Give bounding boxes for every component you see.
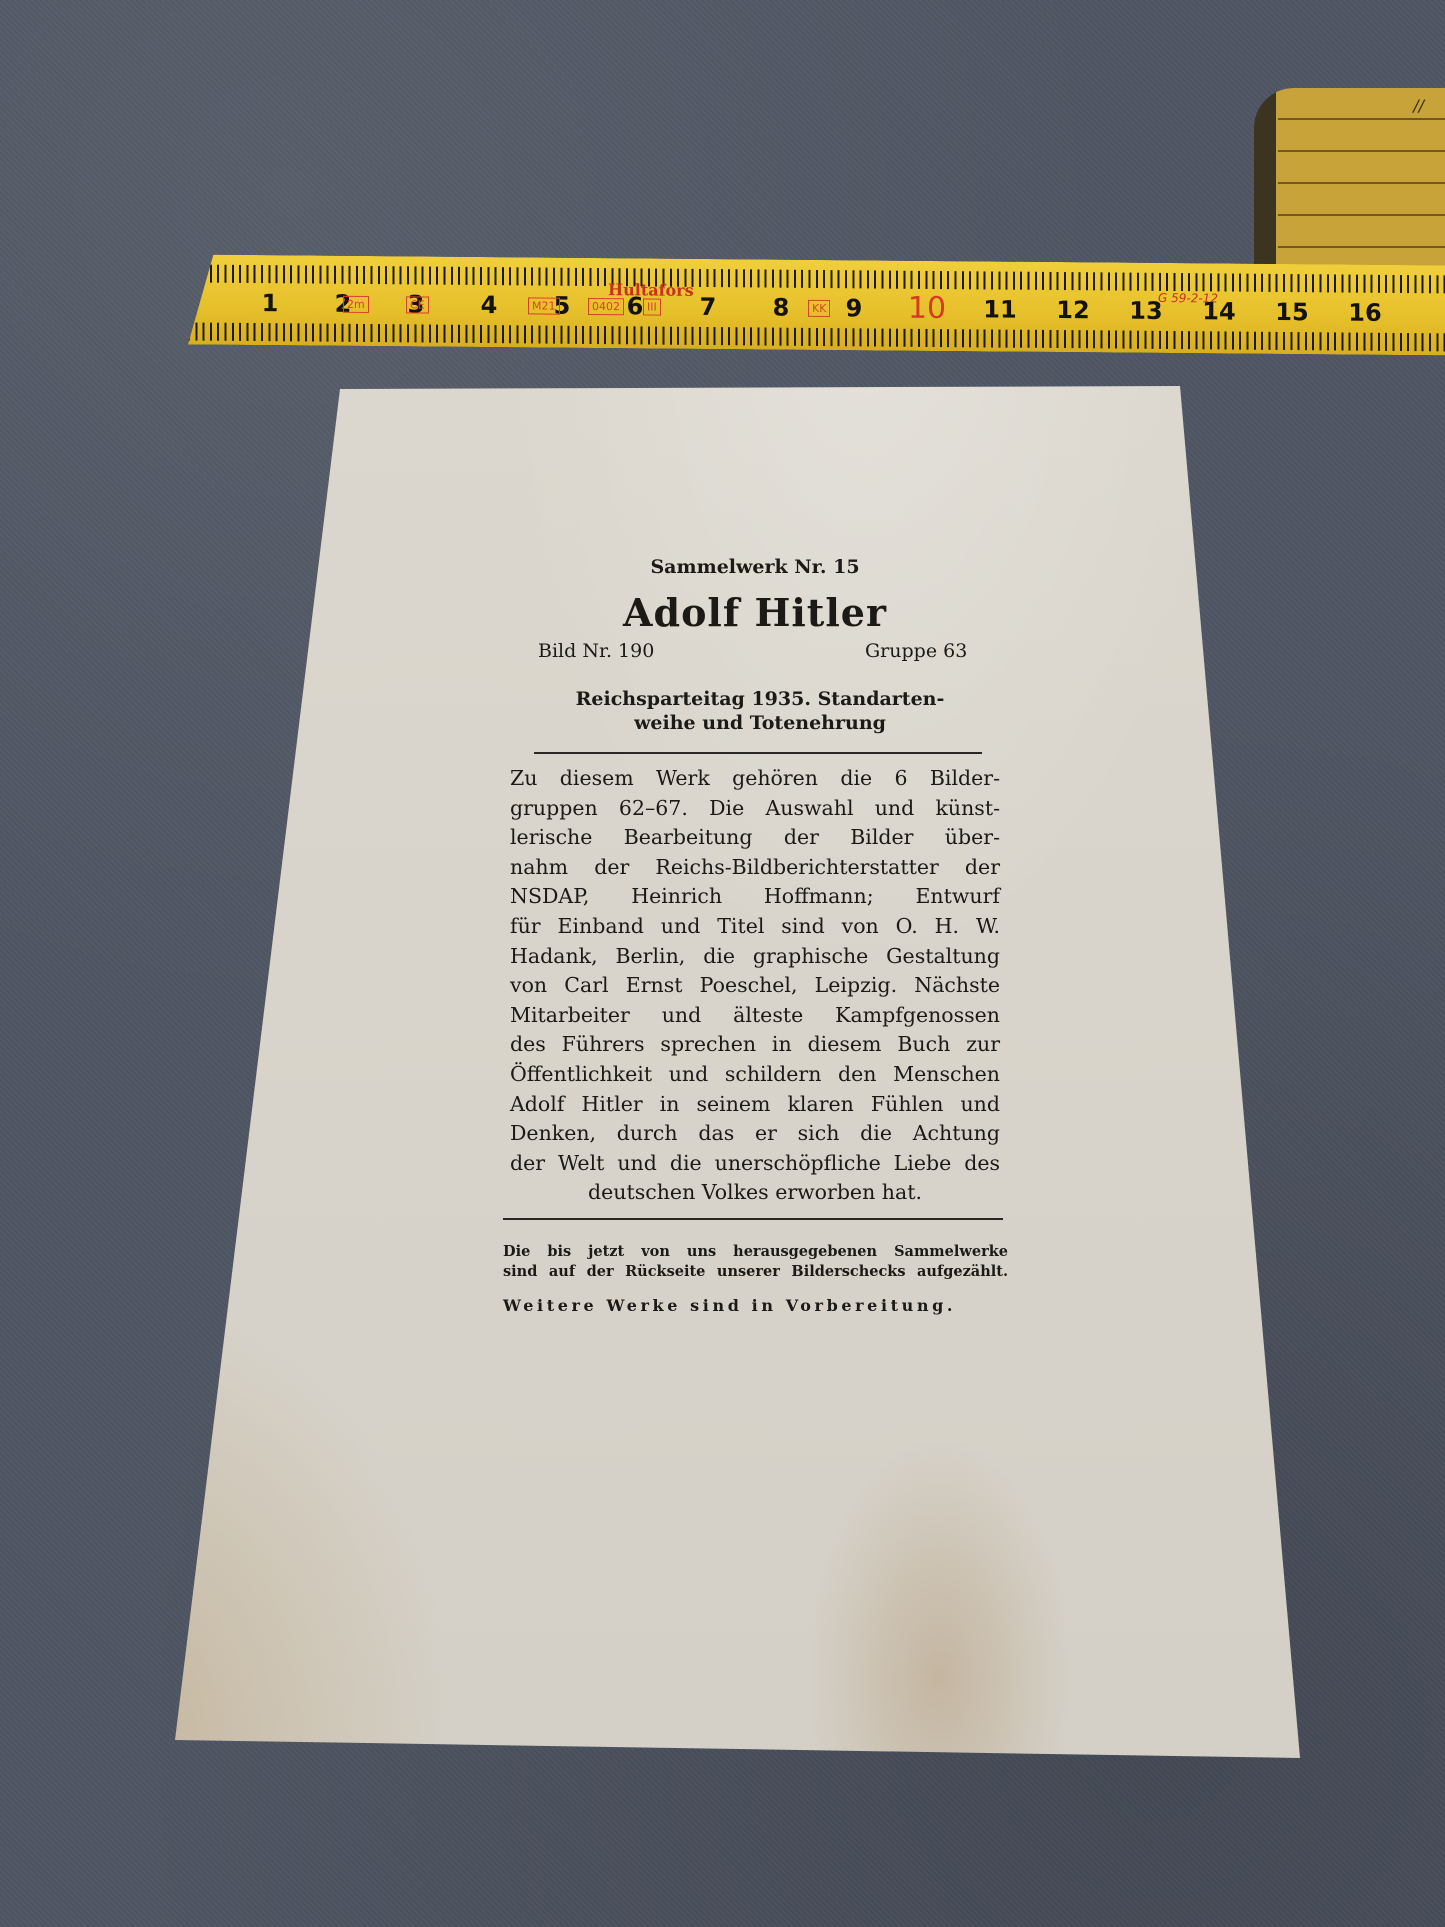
ruler-stamp: III xyxy=(643,298,661,315)
ruler-number: 12 xyxy=(1056,296,1089,324)
body-line: Denken, durch das er sich die Achtung xyxy=(510,1119,1000,1149)
ruler-stamp: M21 xyxy=(528,297,560,314)
folded-ruler-stack: // xyxy=(1254,88,1445,268)
ruler-fold xyxy=(1278,214,1445,216)
ruler-stamp: 2m xyxy=(343,296,369,313)
body-line: Öffentlichkeit und schildern den Mensche… xyxy=(510,1060,1000,1090)
document-title: Adolf Hitler xyxy=(520,590,990,635)
ruler-fold xyxy=(1278,246,1445,248)
body-line: deutschen Volkes erworben hat. xyxy=(510,1178,1000,1208)
body-line: der Welt und die unerschöpfliche Liebe d… xyxy=(510,1149,1000,1179)
ruler-fold xyxy=(1278,182,1445,184)
ruler-brand: Hultafors xyxy=(608,280,694,300)
ruler-number: 15 xyxy=(1275,298,1308,326)
ruler-number: 16 xyxy=(1348,299,1381,327)
series-heading: Sammelwerk Nr. 15 xyxy=(520,556,990,578)
ruler-stamp: 0402 xyxy=(588,298,624,315)
body-line: NSDAP, Heinrich Hoffmann; Entwurf xyxy=(510,882,1000,912)
body-line: lerische Bearbeitung der Bilder über- xyxy=(510,823,1000,853)
body-line: Hadank, Berlin, die graphische Gestaltun… xyxy=(510,942,1000,972)
description-text: Zu diesem Werk gehören die 6 Bilder-grup… xyxy=(510,764,1000,1208)
body-line: von Carl Ernst Poeschel, Leipzig. Nächst… xyxy=(510,971,1000,1001)
folding-ruler: Hultafors G 59-2-12 12345678910111213141… xyxy=(188,254,1445,355)
ruler-fold xyxy=(1278,150,1445,152)
ruler-number: 11 xyxy=(983,295,1016,323)
caption-line: Reichsparteitag 1935. Standarten- xyxy=(525,687,995,711)
ruler-number: 6 xyxy=(627,292,644,320)
ruler-ticks-top xyxy=(188,264,1445,293)
body-line: Zu diesem Werk gehören die 6 Bilder- xyxy=(510,764,1000,794)
stack-mark: // xyxy=(1413,96,1424,115)
footer-text: Die bis jetzt von uns herausgegebenen Sa… xyxy=(503,1242,1008,1282)
ruler-stamp: CE xyxy=(406,296,429,313)
body-line: Mitarbeiter und älteste Kampfgenossen xyxy=(510,1001,1000,1031)
body-line: für Einband und Titel sind von O. H. W. xyxy=(510,912,1000,942)
footer-note: Weitere Werke sind in Vorbereitung. xyxy=(503,1296,1008,1315)
ruler-number: 10 xyxy=(908,291,946,326)
group-number: Gruppe 63 xyxy=(865,640,967,662)
body-line: nahm der Reichs-Bildberichterstatter der xyxy=(510,853,1000,883)
ruler-fold xyxy=(1278,118,1445,120)
footer-line: Die bis jetzt von uns herausgegebenen Sa… xyxy=(503,1242,1008,1262)
divider-bottom xyxy=(503,1218,1003,1220)
ruler-number: 9 xyxy=(846,294,863,322)
ruler-number: 8 xyxy=(773,294,790,322)
picture-number: Bild Nr. 190 xyxy=(538,640,654,662)
ruler-number: 1 xyxy=(262,289,279,317)
caption-line: weihe und Totenehrung xyxy=(525,711,995,735)
body-line: gruppen 62–67. Die Auswahl und künst- xyxy=(510,794,1000,824)
ruler-ticks-bottom xyxy=(188,322,1445,351)
footer-line: sind auf der Rückseite unserer Bildersch… xyxy=(503,1262,1008,1282)
ruler-number: 14 xyxy=(1202,297,1235,325)
body-line: des Führers sprechen in diesem Buch zur xyxy=(510,1030,1000,1060)
body-line: Adolf Hitler in seinem klaren Fühlen und xyxy=(510,1090,1000,1120)
ruler-number: 7 xyxy=(700,293,717,321)
picture-caption: Reichsparteitag 1935. Standarten- weihe … xyxy=(525,687,995,735)
ruler-number: 13 xyxy=(1129,297,1162,325)
ruler-stamp: KK xyxy=(808,300,830,317)
divider-top xyxy=(534,752,982,754)
ruler-number: 4 xyxy=(481,291,498,319)
